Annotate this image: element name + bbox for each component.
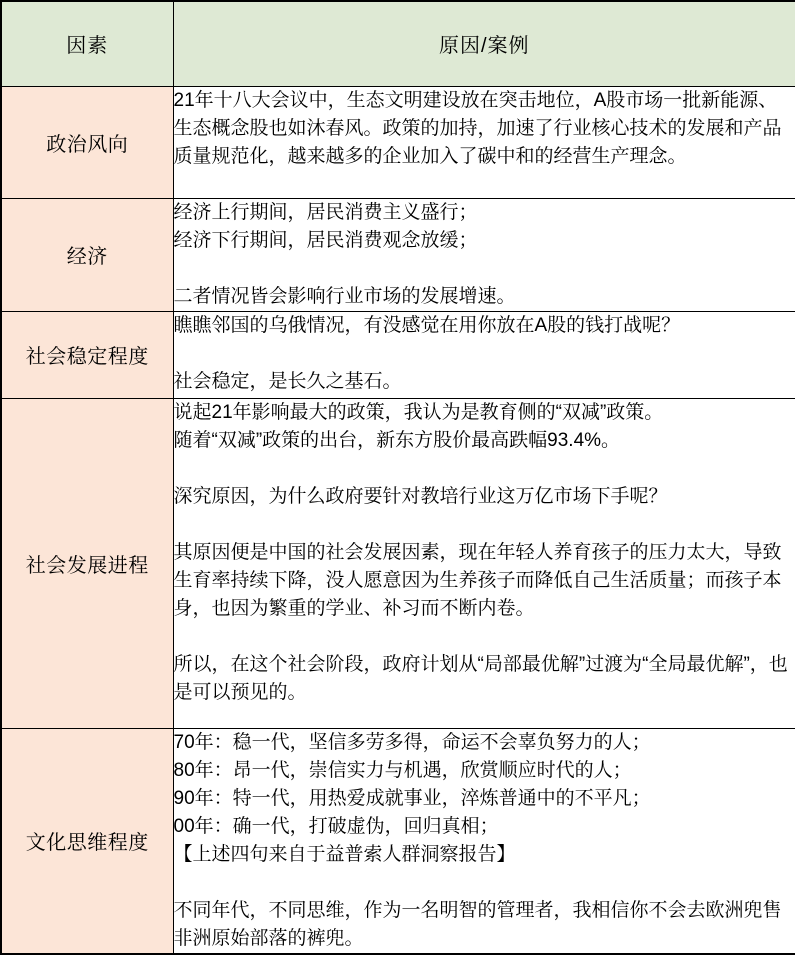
table-header-row: 因素 原因/案例 — [1, 1, 795, 86]
factor-cell-social-stability: 社会稳定程度 — [1, 311, 173, 398]
content-cell-social-development: 说起21年影响最大的政策，我认为是教育侧的“双减”政策。 随着“双减”政策的出台… — [173, 398, 795, 728]
factor-cell-social-development: 社会发展进程 — [1, 398, 173, 728]
header-cell-factor: 因素 — [1, 1, 173, 86]
factor-cell-political: 政治风向 — [1, 86, 173, 198]
content-cell-economy: 经济上行期间，居民消费主义盛行； 经济下行期间，居民消费观念放缓； 二者情况皆会… — [173, 198, 795, 311]
table-row: 社会稳定程度 瞧瞧邻国的乌俄情况，有没感觉在用你放在A股的钱打战呢？ 社会稳定，… — [1, 311, 795, 398]
table-row: 经济 经济上行期间，居民消费主义盛行； 经济下行期间，居民消费观念放缓； 二者情… — [1, 198, 795, 311]
page: 因素 原因/案例 政治风向 21年十八大会议中，生态文明建设放在突击地位，A股市… — [0, 0, 795, 953]
factor-cell-cultural-thinking: 文化思维程度 — [1, 728, 173, 954]
header-cell-content: 原因/案例 — [173, 1, 795, 86]
factors-table: 因素 原因/案例 政治风向 21年十八大会议中，生态文明建设放在突击地位，A股市… — [0, 0, 795, 955]
table-row: 文化思维程度 70年：稳一代，坚信多劳多得，命运不会辜负努力的人； 80年：昂一… — [1, 728, 795, 954]
content-cell-political: 21年十八大会议中，生态文明建设放在突击地位，A股市场一批新能源、生态概念股也如… — [173, 86, 795, 198]
factor-cell-economy: 经济 — [1, 198, 173, 311]
table-row: 社会发展进程 说起21年影响最大的政策，我认为是教育侧的“双减”政策。 随着“双… — [1, 398, 795, 728]
table-row: 政治风向 21年十八大会议中，生态文明建设放在突击地位，A股市场一批新能源、生态… — [1, 86, 795, 198]
content-cell-cultural-thinking: 70年：稳一代，坚信多劳多得，命运不会辜负努力的人； 80年：昂一代，崇信实力与… — [173, 728, 795, 954]
content-cell-social-stability: 瞧瞧邻国的乌俄情况，有没感觉在用你放在A股的钱打战呢？ 社会稳定，是长久之基石。 — [173, 311, 795, 398]
